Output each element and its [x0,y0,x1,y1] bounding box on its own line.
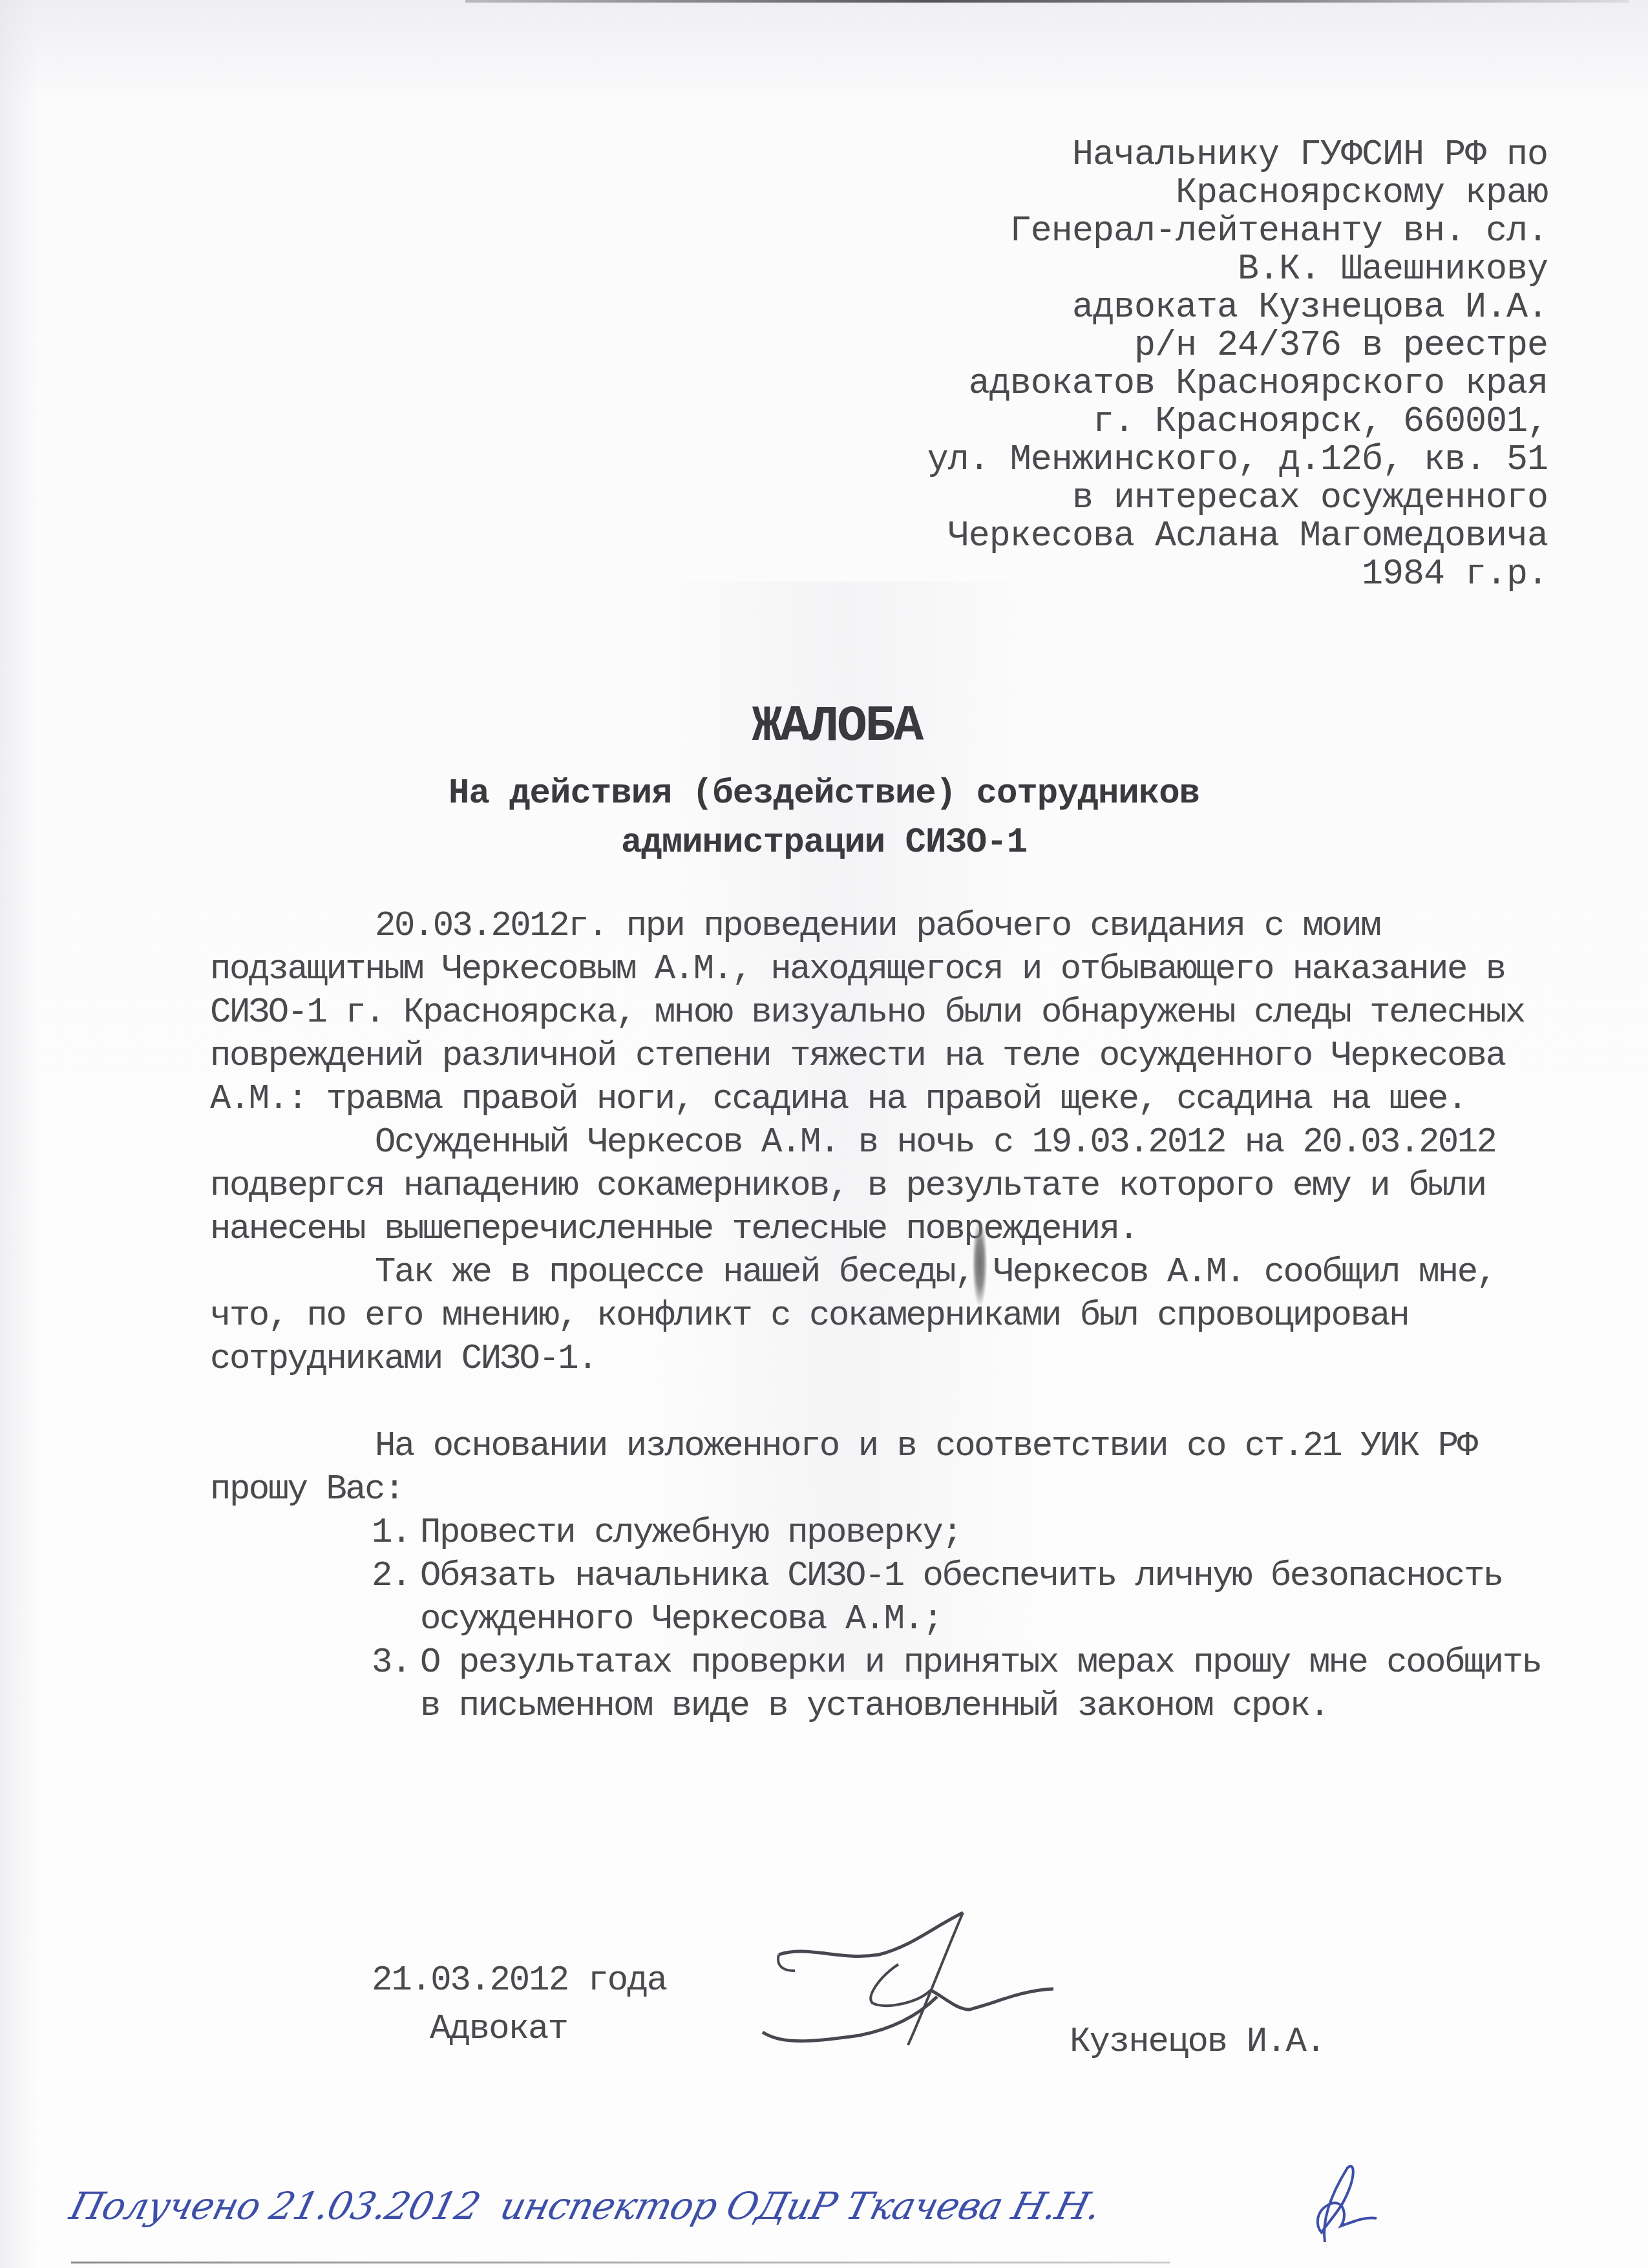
request-number: 3. [372,1641,420,1685]
addressee-line: Начальнику ГУФСИН РФ по [927,136,1548,174]
scan-edge-artifact [465,0,1629,3]
scan-edge-artifact [71,2262,1170,2263]
scanned-page: Начальнику ГУФСИН РФ по Красноярскому кр… [0,0,1648,2268]
addressee-line: в интересах осужденного [927,479,1548,517]
addressee-line: р/н 24/376 в реестре [927,326,1548,364]
addressee-line: 1984 г.р. [927,555,1548,593]
signature-date: 21.03.2012 года [372,1961,666,2000]
receipt-note: Получено 21.03.2012 инспектор ОДиР Ткаче… [66,2184,1105,2228]
request-list: 1.Провести служебную проверку; 2.Обязать… [210,1511,1554,1728]
handwritten-initials-icon [1286,2155,1383,2252]
ink-smudge [973,1221,987,1305]
request-item: 2.Обязать начальника СИЗО-1 обеспечить л… [210,1555,1554,1641]
addressee-line: ул. Менжинского, д.12б, кв. 51 [927,441,1548,479]
request-intro: На основании изложенного и в соответстви… [210,1425,1554,1511]
request-item: 1.Провести служебную проверку; [210,1511,1554,1555]
signature-role: Адвокат [430,2010,567,2049]
request-item: 3.О результатах проверки и принятых мера… [210,1641,1554,1728]
document-title: ЖАЛОБА [26,698,1648,756]
addressee-line: Черкесова Аслана Магомедовича [927,517,1548,555]
addressee-line: В.К. Шаешникову [927,250,1548,288]
document-body: 20.03.2012г. при проведении рабочего сви… [210,905,1554,1728]
request-text: О результатах проверки и принятых мерах … [420,1643,1541,1726]
addressee-block: Начальнику ГУФСИН РФ по Красноярскому кр… [927,136,1548,593]
body-paragraph: Так же в процессе нашей беседы, Черкесов… [210,1251,1554,1381]
body-paragraph: Осужденный Черкесов А.М. в ночь с 19.03.… [210,1121,1554,1251]
spacer [210,1381,1554,1425]
addressee-line: Красноярскому краю [927,174,1548,212]
addressee-line: адвоката Кузнецова И.А. [927,288,1548,326]
request-text: Провести служебную проверку; [420,1513,961,1553]
document-heading: ЖАЛОБА На действия (бездействие) сотрудн… [0,698,1648,867]
request-text: Обязать начальника СИЗО-1 обеспечить лич… [420,1557,1503,1639]
request-number: 1. [372,1511,420,1555]
handwritten-signature-icon [750,1906,1170,2074]
body-paragraph: 20.03.2012г. при проведении рабочего сви… [210,905,1554,1121]
document-subtitle-line2: администрации СИЗО-1 [0,819,1648,867]
addressee-line: г. Красноярск, 660001, [927,403,1548,441]
document-subtitle-line1: На действия (бездействие) сотрудников [0,770,1648,818]
addressee-line: адвокатов Красноярского края [927,364,1548,403]
request-number: 2. [372,1555,420,1598]
addressee-line: Генерал-лейтенанту вн. сл. [927,212,1548,250]
